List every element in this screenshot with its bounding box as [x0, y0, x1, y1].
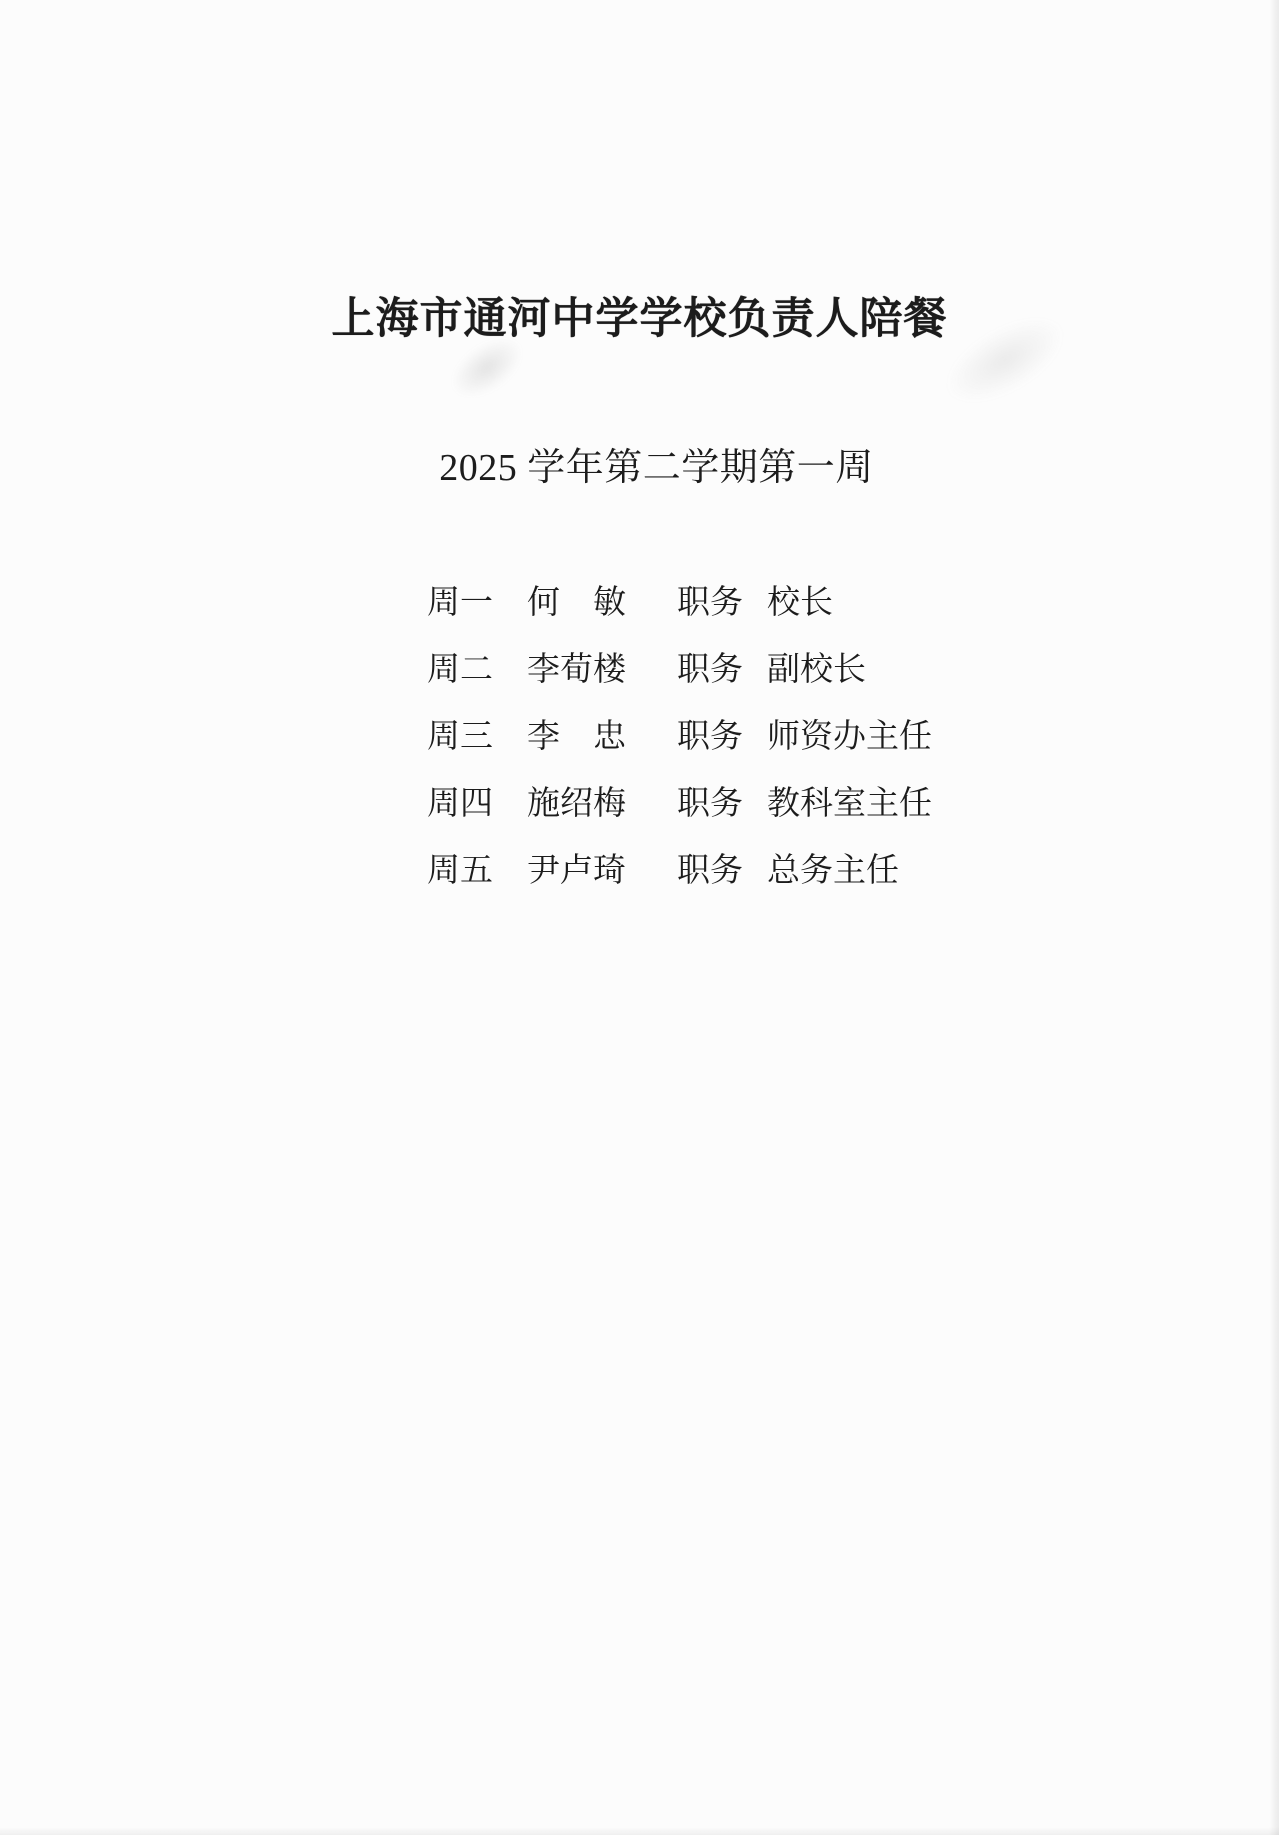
- weekday-label: 周五: [427, 854, 527, 888]
- position-label: 职务: [677, 586, 767, 620]
- weekday-label: 周一: [427, 586, 527, 620]
- roster-row: 周四 施绍梅 职务 教科室主任: [427, 787, 932, 821]
- position-value: 教科室主任: [767, 787, 932, 821]
- roster-row: 周一 何 敏 职务 校长: [427, 586, 932, 620]
- position-value: 师资办主任: [767, 720, 932, 754]
- position-label: 职务: [677, 787, 767, 821]
- position-value: 校长: [767, 586, 833, 620]
- duty-roster-list: 周一 何 敏 职务 校长 周二 李荀楼 职务 副校长 周三 李 忠 职务 师资办…: [427, 586, 932, 921]
- weekday-label: 周四: [427, 787, 527, 821]
- scanned-document-page: 上海市通河中学学校负责人陪餐 2025 学年第二学期第一周 周一 何 敏 职务 …: [0, 0, 1279, 1835]
- roster-row: 周二 李荀楼 职务 副校长: [427, 653, 932, 687]
- roster-row: 周五 尹卢琦 职务 总务主任: [427, 854, 932, 888]
- position-label: 职务: [677, 720, 767, 754]
- weekday-label: 周二: [427, 653, 527, 687]
- person-name: 何 敏: [527, 586, 677, 620]
- position-label: 职务: [677, 653, 767, 687]
- scan-edge-shadow: [1269, 0, 1279, 1835]
- roster-row: 周三 李 忠 职务 师资办主任: [427, 720, 932, 754]
- scan-edge-shadow: [0, 1827, 1279, 1835]
- weekday-label: 周三: [427, 720, 527, 754]
- person-name: 尹卢琦: [527, 854, 677, 888]
- person-name: 李 忠: [527, 720, 677, 754]
- person-name: 施绍梅: [527, 787, 677, 821]
- document-title: 上海市通河中学学校负责人陪餐: [0, 285, 1279, 346]
- person-name: 李荀楼: [527, 653, 677, 687]
- position-label: 职务: [677, 854, 767, 888]
- position-value: 副校长: [767, 653, 866, 687]
- position-value: 总务主任: [767, 854, 899, 888]
- document-subtitle: 2025 学年第二学期第一周: [17, 436, 1279, 491]
